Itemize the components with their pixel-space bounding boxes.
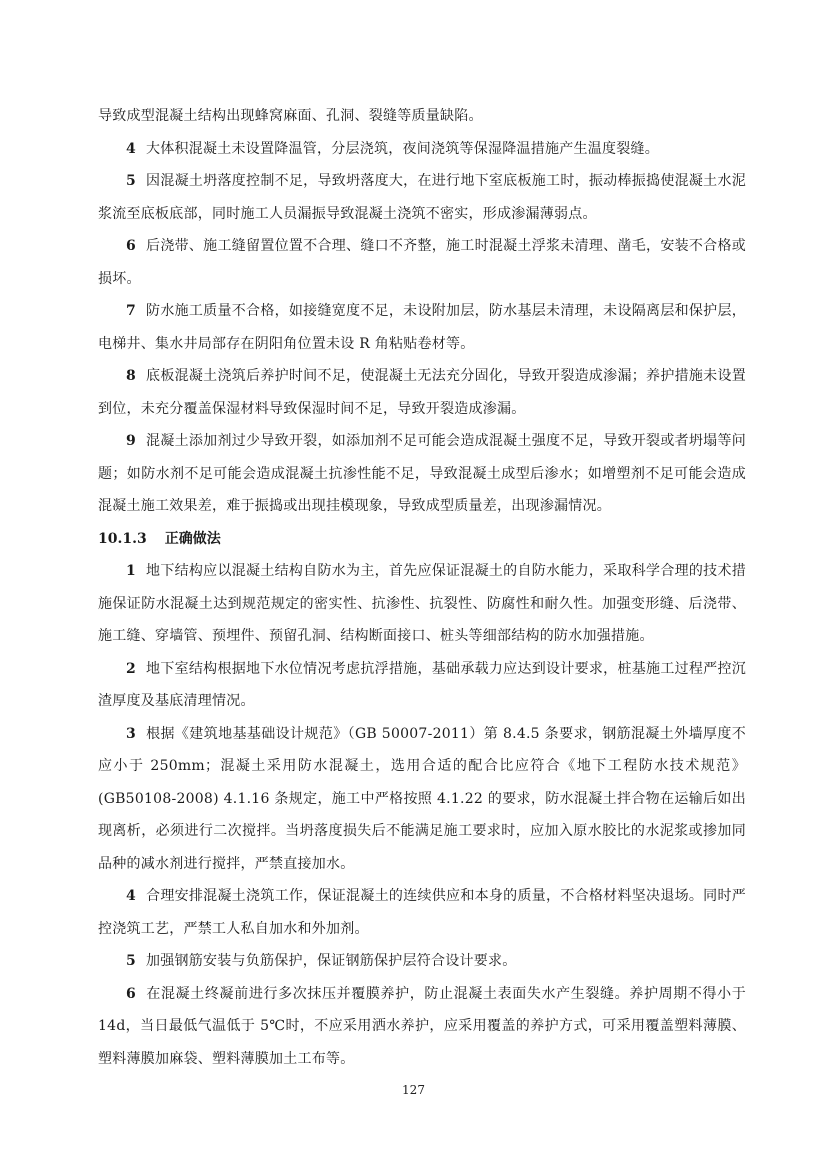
section-title: 正确做法 <box>165 531 221 547</box>
cause-item-4: 4大体积混凝土未设置降温管，分层浇筑，夜间浇筑等保湿降温措施产生温度裂缝。 <box>98 133 746 166</box>
section-heading: 10.1.3正确做法 <box>98 523 746 556</box>
item-number: 3 <box>126 726 136 742</box>
item-number: 5 <box>126 953 136 969</box>
item-text: 地下室结构根据地下水位情况考虑抗浮措施，基础承载力应达到设计要求，桩基施工过程严… <box>98 661 746 710</box>
item-number: 2 <box>126 661 136 677</box>
cause-item-9: 9混凝土添加剂过少导致开裂，如添加剂不足可能会造成混凝土强度不足，导致开裂或者坍… <box>98 425 746 523</box>
item-text: 后浇带、施工缝留置位置不合理、缝口不齐整，施工时混凝土浮浆未清理、凿毛，安装不合… <box>98 238 746 287</box>
section-number: 10.1.3 <box>98 531 147 547</box>
cause-item-6: 6后浇带、施工缝留置位置不合理、缝口不齐整，施工时混凝土浮浆未清理、凿毛，安装不… <box>98 230 746 295</box>
item-number: 7 <box>126 303 136 319</box>
item-text: 根据《建筑地基基础设计规范》（GB 50007-2011）第 8.4.5 条要求… <box>98 726 746 872</box>
cause-item-5: 5因混凝土坍落度控制不足，导致坍落度大，在进行地下室底板施工时，振动棒振捣使混凝… <box>98 165 746 230</box>
item-text: 混凝土添加剂过少导致开裂，如添加剂不足可能会造成混凝土强度不足，导致开裂或者坍塌… <box>98 433 746 514</box>
practice-item-5: 5加强钢筋安装与负筋保护，保证钢筋保护层符合设计要求。 <box>98 945 746 978</box>
page-number: 127 <box>0 1083 827 1097</box>
practice-item-2: 2地下室结构根据地下水位情况考虑抗浮措施，基础承载力应达到设计要求，桩基施工过程… <box>98 653 746 718</box>
item-number: 4 <box>126 141 136 157</box>
item-text: 大体积混凝土未设置降温管，分层浇筑，夜间浇筑等保湿降温措施产生温度裂缝。 <box>146 141 659 157</box>
item-number: 6 <box>126 238 136 254</box>
item-number: 5 <box>126 173 136 189</box>
item-number: 4 <box>126 888 136 904</box>
item-number: 9 <box>126 433 136 449</box>
practice-item-3: 3根据《建筑地基基础设计规范》（GB 50007-2011）第 8.4.5 条要… <box>98 718 746 881</box>
continuation-paragraph: 导致成型混凝土结构出现蜂窝麻面、孔洞、裂缝等质量缺陷。 <box>98 100 746 133</box>
item-text: 地下结构应以混凝土结构自防水为主，首先应保证混凝土的自防水能力，采取科学合理的技… <box>98 563 746 644</box>
practice-item-4: 4合理安排混凝土浇筑工作，保证混凝土的连续供应和本身的质量，不合格材料坚决退场。… <box>98 880 746 945</box>
cause-item-7: 7防水施工质量不合格，如接缝宽度不足，未设附加层，防水基层未清理，未设隔离层和保… <box>98 295 746 360</box>
item-number: 6 <box>126 986 136 1002</box>
cause-item-8: 8底板混凝土浇筑后养护时间不足，使混凝土无法充分固化，导致开裂造成渗漏；养护措施… <box>98 360 746 425</box>
document-page: 导致成型混凝土结构出现蜂窝麻面、孔洞、裂缝等质量缺陷。 4大体积混凝土未设置降温… <box>98 100 746 1075</box>
item-text: 在混凝土终凝前进行多次抹压并覆膜养护，防止混凝土表面失水产生裂缝。养护周期不得小… <box>98 986 746 1067</box>
item-text: 底板混凝土浇筑后养护时间不足，使混凝土无法充分固化，导致开裂造成渗漏；养护措施未… <box>98 368 746 417</box>
item-number: 1 <box>126 563 136 579</box>
item-text: 加强钢筋安装与负筋保护，保证钢筋保护层符合设计要求。 <box>146 953 517 969</box>
item-text: 合理安排混凝土浇筑工作，保证混凝土的连续供应和本身的质量，不合格材料坚决退场。同… <box>98 888 746 937</box>
item-text: 因混凝土坍落度控制不足，导致坍落度大，在进行地下室底板施工时，振动棒振捣使混凝土… <box>98 173 746 222</box>
practice-item-1: 1地下结构应以混凝土结构自防水为主，首先应保证混凝土的自防水能力，采取科学合理的… <box>98 555 746 653</box>
item-text: 防水施工质量不合格，如接缝宽度不足，未设附加层，防水基层未清理，未设隔离层和保护… <box>98 303 746 352</box>
practice-item-6: 6在混凝土终凝前进行多次抹压并覆膜养护，防止混凝土表面失水产生裂缝。养护周期不得… <box>98 978 746 1076</box>
item-number: 8 <box>126 368 136 384</box>
